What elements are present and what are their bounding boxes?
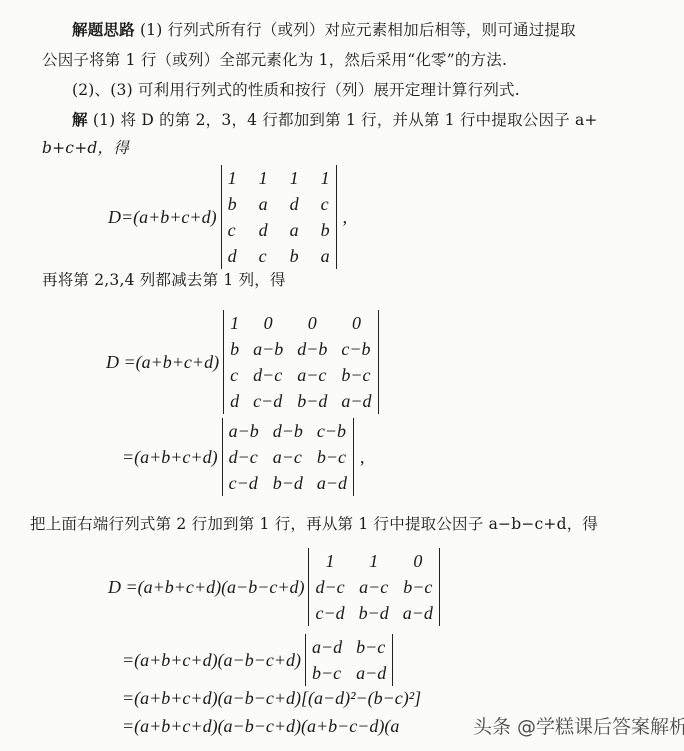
matrix-cell: d−c (315, 574, 344, 600)
determinant-3x3-b: 110 d−ca−cb−c c−db−da−d (308, 548, 439, 626)
solution-text-1: (1) 将 D 的第 2，3，4 行都加到第 1 行，并从第 1 行中提取公因子… (88, 111, 598, 129)
hint-text-1: (1) 行列式所有行（或列）对应元素相加后相等，则可通过提取 (135, 21, 576, 39)
matrix-cell: c (321, 191, 330, 217)
equation-4-lhs: D =(a+b+c+d)(a−b−c+d) (108, 577, 304, 598)
equation-4: D =(a+b+c+d)(a−b−c+d) 110 d−ca−cb−c c−db… (108, 548, 440, 626)
matrix-cell: c (228, 217, 237, 243)
determinant-4x4-b: 1000 ba−bd−bc−b cd−ca−cb−c dc−db−da−d (223, 310, 378, 414)
hint-paragraph-2: (2)、(3) 可利用行列式的性质和按行（列）展开定理计算行列式. (72, 80, 520, 100)
matrix-cell: 1 (228, 165, 237, 191)
matrix-cell: b−c (312, 660, 342, 686)
matrix-cell: d−b (297, 336, 327, 362)
matrix-cell: d (230, 388, 239, 414)
equation-1-lhs: D=(a+b+c+d) (108, 207, 217, 228)
matrix-cell: b−c (317, 444, 347, 470)
equation-5-lhs: =(a+b+c+d)(a−b−c+d) (122, 650, 301, 671)
step-3-text: 把上面右端行列式第 2 行加到第 1 行，再从第 1 行中提取公因子 a−b−c… (30, 514, 598, 534)
matrix-cell: b−d (359, 600, 389, 626)
matrix-cell: c−d (315, 600, 344, 626)
matrix-cell: b (321, 217, 330, 243)
matrix-cell: b (228, 191, 237, 217)
matrix-cell: a−b (253, 336, 283, 362)
hint-paragraph-line2: 公因子将第 1 行（或列）全部元素化为 1，然后采用“化零”的方法. (42, 50, 507, 70)
matrix-cell: a−d (317, 470, 347, 496)
comma: , (360, 447, 365, 468)
matrix-cell: a−c (359, 574, 389, 600)
equation-6: =(a+b+c+d)(a−b−c+d)[(a−d)²−(b−c)²] (122, 688, 421, 709)
determinant-2x2: a−db−c b−ca−d (305, 634, 393, 686)
matrix-cell: 0 (341, 310, 371, 336)
matrix-cell: a−d (312, 634, 342, 660)
matrix-cell: a−c (297, 362, 327, 388)
matrix-cell: d−c (253, 362, 283, 388)
matrix-cell: b−c (403, 574, 433, 600)
matrix-cell: d (228, 243, 237, 269)
matrix-cell: 1 (321, 165, 330, 191)
equation-3: =(a+b+c+d) a−bd−bc−b d−ca−cb−c c−db−da−d… (122, 418, 365, 496)
matrix-cell: 0 (297, 310, 327, 336)
matrix-cell: a−d (356, 660, 386, 686)
matrix-cell: b (230, 336, 239, 362)
matrix-cell: b (290, 243, 299, 269)
matrix-cell: a (290, 217, 299, 243)
step-2-text: 再将第 2,3,4 列都减去第 1 列，得 (42, 270, 286, 290)
matrix-cell: c−b (341, 336, 371, 362)
determinant-3x3-a: a−bd−bc−b d−ca−cb−c c−db−da−d (222, 418, 354, 496)
matrix-cell: a (321, 243, 330, 269)
solution-line1: 解 (1) 将 D 的第 2，3，4 行都加到第 1 行，并从第 1 行中提取公… (72, 110, 598, 130)
matrix-cell: a−b (229, 418, 259, 444)
matrix-cell: a (259, 191, 268, 217)
matrix-cell: 1 (230, 310, 239, 336)
matrix-cell: b−c (356, 634, 386, 660)
matrix-cell: c−d (253, 388, 283, 414)
matrix-cell: 1 (259, 165, 268, 191)
solution-label: 解 (72, 110, 88, 129)
matrix-cell: 0 (403, 548, 433, 574)
hint-paragraph-line1: 解题思路 (1) 行列式所有行（或列）对应元素相加后相等，则可通过提取 (72, 20, 576, 40)
matrix-cell: c (230, 362, 239, 388)
matrix-cell: b−d (297, 388, 327, 414)
matrix-cell: 0 (253, 310, 283, 336)
matrix-cell: d (259, 217, 268, 243)
matrix-cell: d−c (229, 444, 259, 470)
equation-7: =(a+b+c+d)(a−b−c+d)(a+b−c−d)(a (122, 716, 399, 737)
matrix-cell: c−d (229, 470, 259, 496)
matrix-cell: c (259, 243, 268, 269)
hint-label: 解题思路 (72, 20, 135, 39)
matrix-cell: d−b (273, 418, 303, 444)
matrix-cell: b−d (273, 470, 303, 496)
matrix-cell: c−b (317, 418, 347, 444)
matrix-cell: d (290, 191, 299, 217)
matrix-cell: a−d (341, 388, 371, 414)
matrix-cell: 1 (359, 548, 389, 574)
equation-3-lhs: =(a+b+c+d) (122, 447, 218, 468)
equation-1: D=(a+b+c+d) 1111 badc cdab dcba , (108, 165, 347, 269)
matrix-cell: a−d (403, 600, 433, 626)
matrix-cell: 1 (290, 165, 299, 191)
comma: , (343, 207, 348, 228)
matrix-cell: 1 (315, 548, 344, 574)
matrix-cell: a−c (273, 444, 303, 470)
matrix-cell: b−c (341, 362, 371, 388)
determinant-4x4-a: 1111 badc cdab dcba (221, 165, 337, 269)
solution-line2: b+c+d，得 (42, 138, 129, 158)
equation-5: =(a+b+c+d)(a−b−c+d) a−db−c b−ca−d (122, 634, 393, 686)
watermark: 头条 @学糕课后答案解析 (473, 712, 684, 739)
equation-2-lhs: D =(a+b+c+d) (106, 352, 219, 373)
equation-2: D =(a+b+c+d) 1000 ba−bd−bc−b cd−ca−cb−c … (106, 310, 379, 414)
